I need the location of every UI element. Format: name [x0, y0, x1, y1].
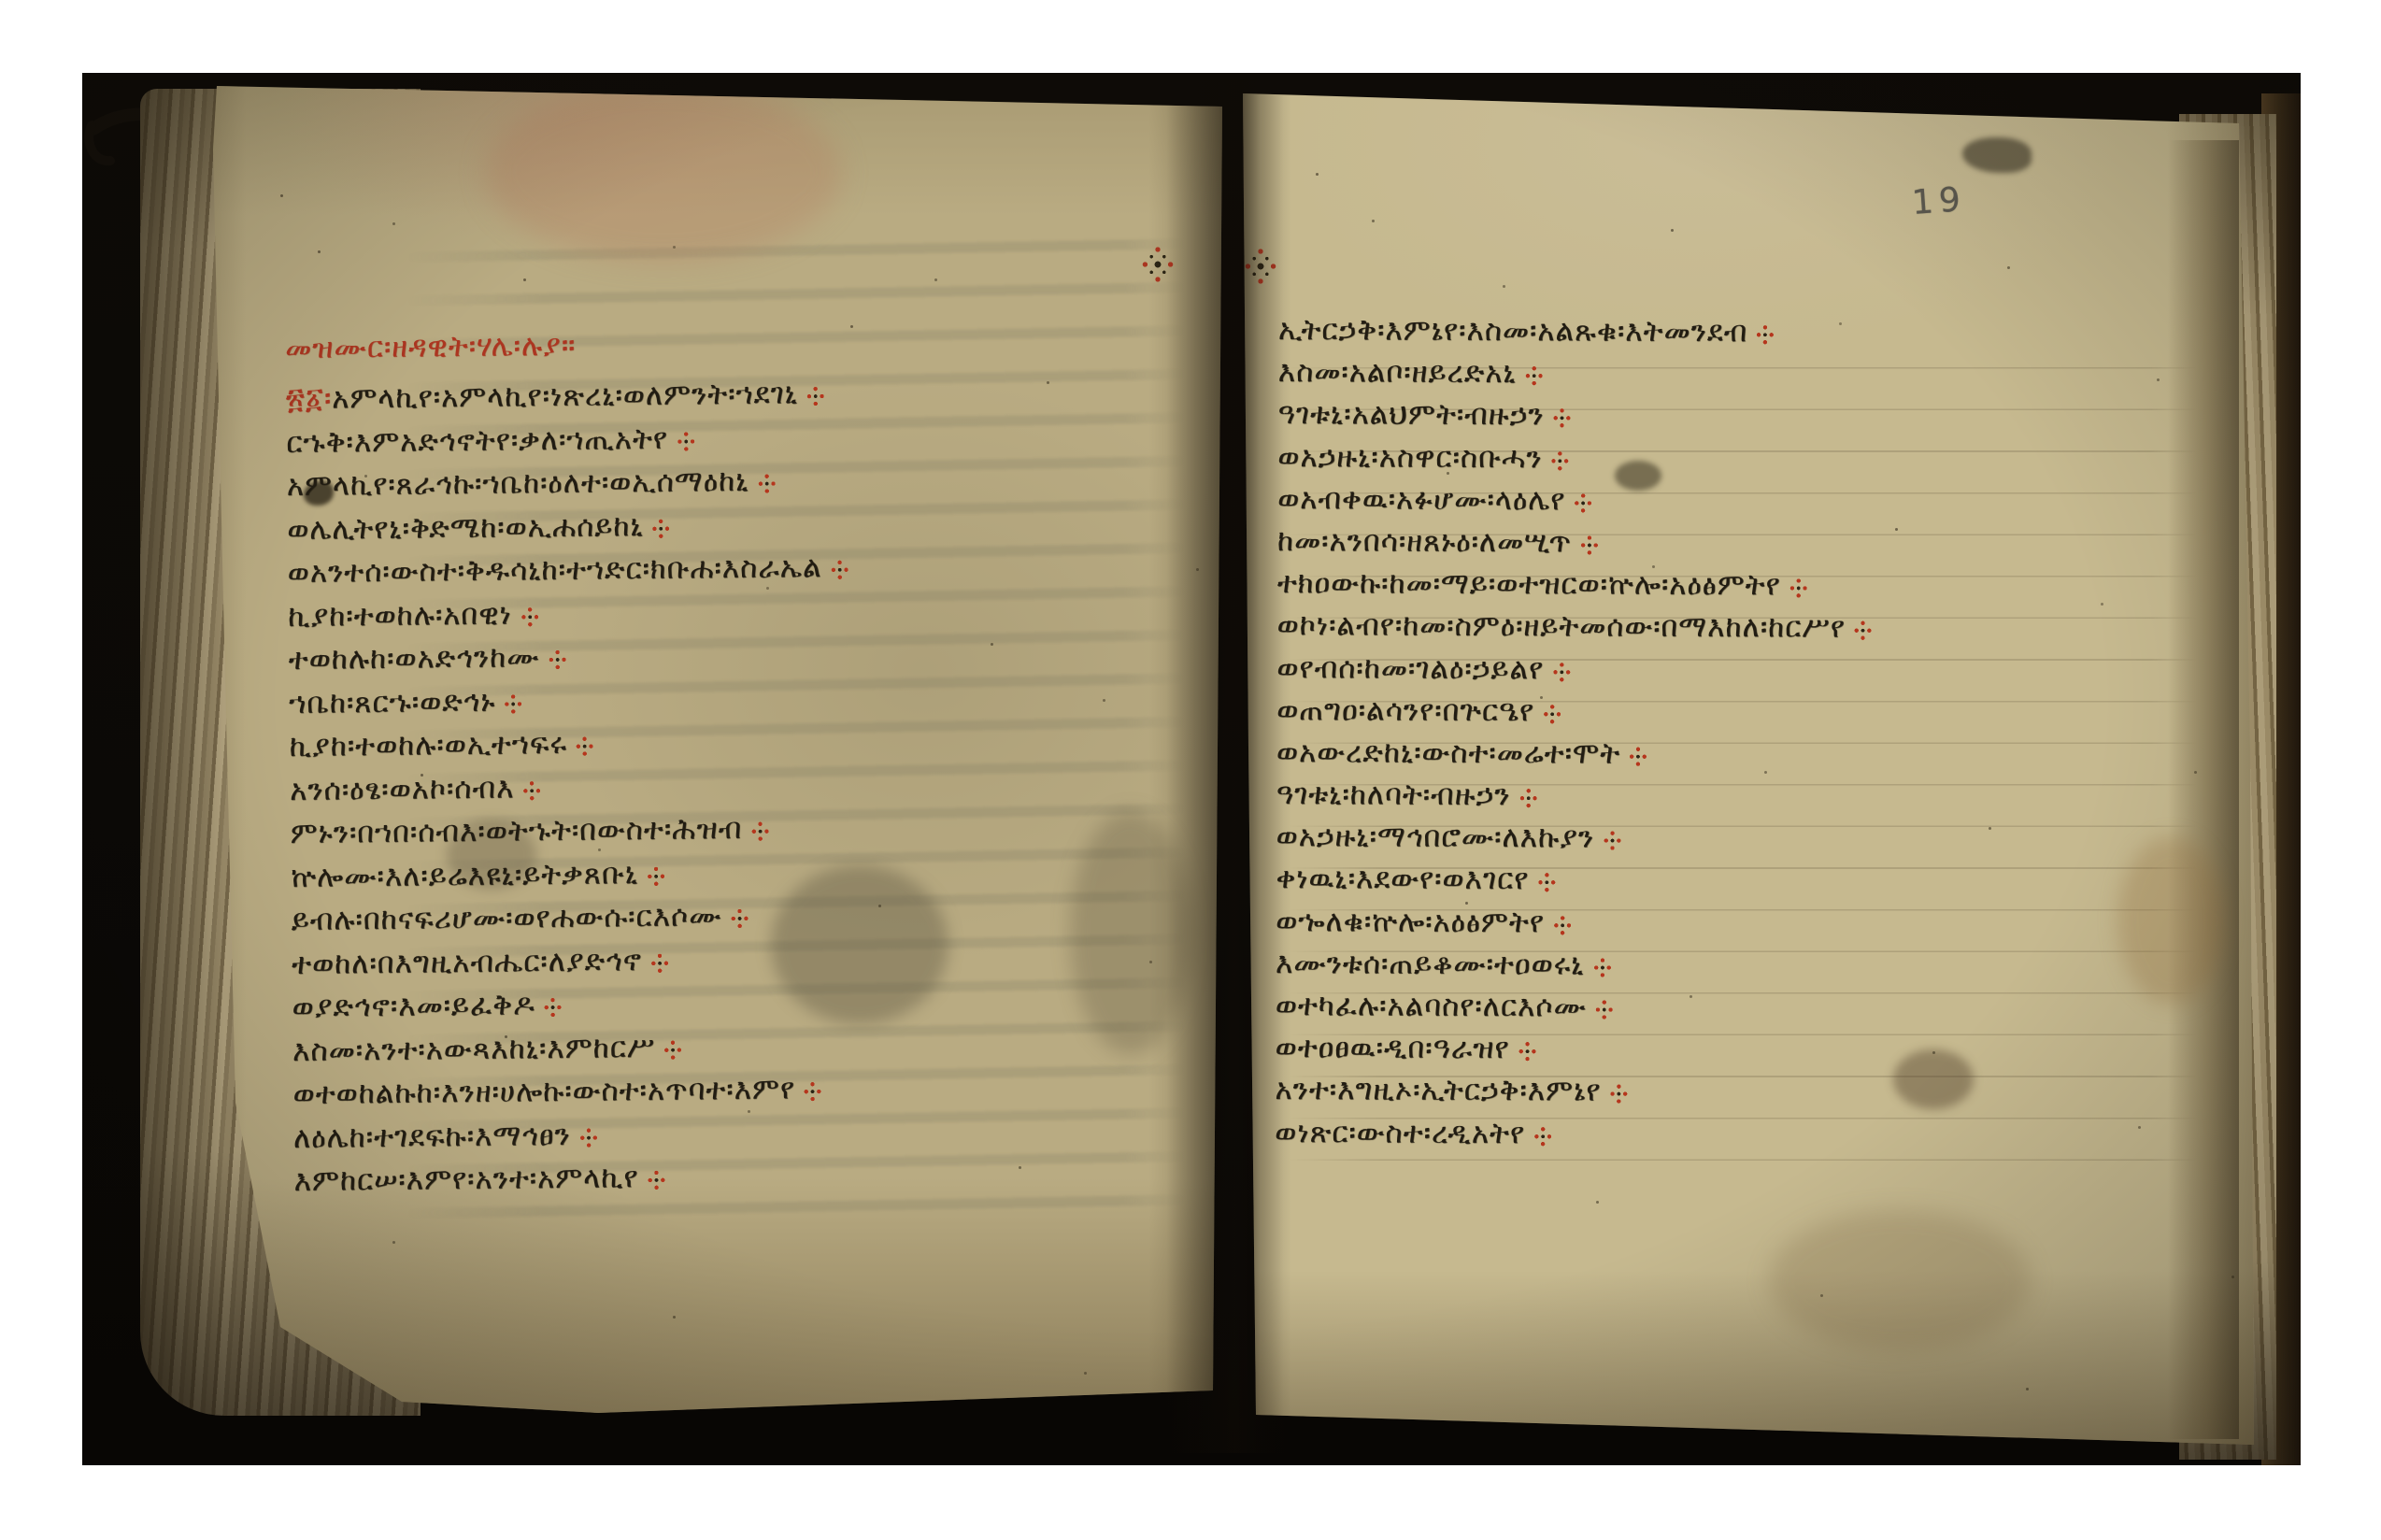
verse-text: ኢትርኃቅ፡እምኔየ፡እስመ፡አልጹቁ፡እትመንደብ — [1278, 313, 1748, 349]
right-page-line-12: ዓገቱኒ፡ከለባት፡ብዙኃን — [1276, 778, 2220, 825]
speckles — [1316, 173, 1319, 176]
right-page-text: ኢትርኃቅ፡እምኔየ፡እስመ፡አልጹቁ፡እትመንደብእስመ፡አልቦ፡ዘይረድአኒ… — [1275, 314, 2222, 1162]
verse-text: ወተካፈሉ፡አልባስየ፡ለርእሶሙ — [1276, 989, 1587, 1023]
verse-text: ወኮነ፡ልብየ፡ከመ፡ስምዕ፡ዘይትመሰው፡በማእከለ፡ከርሥየ — [1276, 608, 1845, 645]
verse-text: አምላኪየ፡ጸራኅኩ፡ኀቤከ፡ዕለተ፡ወኢሰማዕከኒ — [287, 464, 749, 503]
smudge — [1962, 137, 2032, 173]
verse-text: እምከርሠ፡እምየ፡አንተ፡አምላኪየ — [293, 1161, 638, 1198]
verse-text: ወአውረድከኒ፡ውስተ፡መሬተ፡ሞት — [1276, 735, 1620, 771]
right-page-line-7: ተክዐውኩ፡ከመ፡ማይ፡ወተዝርወ፡ኵሎ፡አዕፅምትየ — [1277, 567, 2221, 614]
verse-divider-mark-icon — [1629, 747, 1647, 767]
verse-text: ርኁቅ፡እምአድኅኖትየ፡ቃለ፡ኀጢአትየ — [286, 421, 668, 459]
verse-text: ወተዐፀዉ፡ዲበ፡ዓራዝየ — [1275, 1031, 1509, 1065]
right-page-line-4: ወአኃዙኒ፡አስዋር፡ስቡሓን — [1277, 441, 2221, 488]
verse-divider-mark-icon — [1552, 662, 1571, 682]
verse-divider-mark-icon — [1537, 873, 1556, 893]
verse-divider-mark-icon — [647, 1170, 665, 1191]
right-page-line-8: ወኮነ፡ልብየ፡ከመ፡ስምዕ፡ዘይትመሰው፡በማእከለ፡ከርሥየ — [1276, 609, 2220, 656]
verse-text: ወኈለቁ፡ኵሎ፡አዕፅምትየ — [1276, 905, 1545, 939]
speckles — [280, 194, 283, 197]
verse-divider-mark-icon — [806, 386, 825, 406]
right-page-line-6: ከመ፡አንበሳ፡ዘጸኑዕ፡ለመሢጥ — [1277, 525, 2221, 572]
verse-text: ወአብቀዉ፡አፉሆሙ፡ላዕሌየ — [1277, 482, 1565, 517]
right-page-line-20: ወነጽር፡ውስተ፡ረዲአትየ — [1275, 1117, 2218, 1163]
left-page-text: መዝሙር፡ዘዳዊት፡ሃሌ፡ሉያ። ፳፩፡አምላኪየ፡አምላኪየ፡ነጽረኒ፡ወለም… — [285, 323, 1229, 1209]
right-page-line-9: ወየብሰ፡ከመ፡ገልዕ፡ኃይልየ — [1276, 651, 2220, 698]
verse-text: ይብሉ፡በከናፍሪሆሙ፡ወየሐውሱ፡ርእሶሙ — [291, 899, 721, 937]
verse-text: አንሰ፡ዕፄ፡ወአኮ፡ሰብእ — [290, 771, 515, 807]
verse-divider-mark-icon — [1789, 578, 1808, 599]
verse-text: እስመ፡አልቦ፡ዘይረድአኒ — [1278, 355, 1517, 390]
verse-text: ኵሎሙ፡እለ፡ይሬእዩኒ፡ይትቃጸቡኒ — [291, 857, 638, 894]
verse-divider-mark-icon — [1533, 1126, 1552, 1147]
verse-divider-mark-icon — [1580, 535, 1599, 555]
verse-text: ለዕሌከ፡ተገደፍኩ፡እማኅፀን — [293, 1118, 571, 1154]
right-page-line-18: ወተዐፀዉ፡ዲበ፡ዓራዝየ — [1275, 1032, 2218, 1078]
verse-divider-mark-icon — [522, 780, 541, 801]
right-page-line-16: እሙንቱሰ፡ጠይቆሙ፡ተዐወሩኒ — [1276, 948, 2219, 994]
verse-divider-mark-icon — [1609, 1084, 1628, 1105]
right-page-line-14: ቀነዉኒ፡እደውየ፡ወእገርየ — [1276, 863, 2219, 909]
pencil-folio-number: 19 — [1911, 180, 1968, 222]
right-page-line-2: እስመ፡አልቦ፡ዘይረድአኒ — [1278, 356, 2222, 403]
verse-divider-mark-icon — [650, 952, 669, 973]
verse-text: ወአኃዙኒ፡አስዋር፡ስቡሓን — [1277, 440, 1542, 475]
right-page-line-17: ወተካፈሉ፡አልባስየ፡ለርእሶሙ — [1276, 990, 2219, 1036]
right-page-line-15: ወኈለቁ፡ኵሎ፡አዕፅምትየ — [1276, 905, 2219, 952]
verse-divider-mark-icon — [1553, 915, 1572, 935]
verse-text: ተወከለ፡በእግዚአብሔር፡ለያድኅኖ — [292, 944, 642, 981]
verse-text: ኪያከ፡ተወከሉ፡አበዊነ — [288, 597, 512, 634]
verse-divider-mark-icon — [544, 997, 563, 1018]
verse-divider-mark-icon — [1550, 450, 1569, 471]
verse-text: እሙንቱሰ፡ጠይቆሙ፡ተዐወሩኒ — [1276, 947, 1585, 981]
corner-cross-ornament-icon — [1245, 249, 1276, 284]
verse-divider-mark-icon — [579, 1127, 598, 1148]
verse-text: ቀነዉኒ፡እደውየ፡ወእገርየ — [1276, 862, 1529, 896]
verse-text: ወያድኅኖ፡እመ፡ይፈቅዶ — [292, 988, 535, 1024]
verse-divider-mark-icon — [1595, 999, 1614, 1020]
verse-divider-mark-icon — [730, 908, 749, 929]
verse-text: ኪያከ፡ተወከሉ፡ወኢተኀፍሩ — [289, 727, 567, 763]
verse-divider-mark-icon — [520, 606, 539, 627]
verse-text: ኀቤከ፡ጸርኁ፡ወድኅኑ — [289, 684, 496, 720]
verse-divider-mark-icon — [504, 693, 522, 714]
verse-divider-mark-icon — [1756, 324, 1775, 345]
verse-divider-mark-icon — [677, 431, 695, 451]
left-page: መዝሙር፡ዘዳዊት፡ሃሌ፡ሉያ። ፳፩፡አምላኪየ፡አምላኪየ፡ነጽረኒ፡ወለም… — [150, 82, 1224, 1419]
verse-text: ከመ፡አንበሳ፡ዘጸኑዕ፡ለመሢጥ — [1277, 524, 1572, 559]
verse-text: ተክዐውኩ፡ከመ፡ማይ፡ወተዝርወ፡ኵሎ፡አዕፅምትየ — [1277, 566, 1781, 602]
verse-text: ወተወከልኩከ፡እንዘ፡ሀሎኩ፡ውስተ፡አጥባተ፡እምየ — [292, 1072, 795, 1111]
right-page-line-11: ወአውረድከኒ፡ውስተ፡መሬተ፡ሞት — [1276, 736, 2220, 783]
right-page-line-13: ወአኃዙኒ፡ማኅበሮሙ፡ለእኩያን — [1276, 820, 2219, 867]
verse-divider-mark-icon — [1603, 831, 1621, 851]
verse-divider-mark-icon — [831, 560, 849, 580]
chapter-number-rubric: ፳፩፡ — [286, 381, 333, 416]
verse-divider-mark-icon — [1518, 788, 1537, 808]
verse-text: ወአኃዙኒ፡ማኅበሮሙ፡ለእኩያን — [1276, 820, 1594, 854]
verse-text: ወአንተሰ፡ውስተ፡ቅዱሳኒከ፡ተኀድር፡ክቡሐ፡እስራኤል — [288, 550, 822, 590]
verse-divider-mark-icon — [1518, 1041, 1536, 1062]
right-page-line-5: ወአብቀዉ፡አፉሆሙ፡ላዕሌየ — [1277, 483, 2221, 530]
verse-text: አምላኪየ፡አምላኪየ፡ነጽረኒ፡ወለምንት፡ኀደገኒ — [332, 377, 798, 415]
verse-divider-mark-icon — [804, 1081, 822, 1102]
verse-divider-mark-icon — [652, 518, 671, 538]
verse-divider-mark-icon — [576, 736, 594, 757]
verse-divider-mark-icon — [1574, 492, 1592, 513]
verse-text: እስመ፡አንተ፡አውጻእከኒ፡እምከርሥ — [292, 1030, 656, 1067]
verse-text: ወሌሊትየኒ፡ቅድሜከ፡ወኢሐሰይከኒ — [287, 508, 644, 546]
verse-divider-mark-icon — [750, 821, 769, 842]
verse-text: ወነጽር፡ውስተ፡ረዲአትየ — [1275, 1116, 1525, 1150]
verse-text: ዓገቱኒ፡አልህምት፡ብዙኃን — [1277, 397, 1544, 432]
verse-text: ወየብሰ፡ከመ፡ገልዕ፡ኃይልየ — [1276, 650, 1544, 685]
verse-divider-mark-icon — [663, 1039, 682, 1060]
verse-divider-mark-icon — [1592, 957, 1611, 977]
verse-divider-mark-icon — [548, 649, 566, 670]
stain — [1769, 1210, 2031, 1350]
verse-text: ምኑን፡በኀበ፡ሰብእ፡ወትኁት፡በውስተ፡ሕዝብ — [290, 812, 742, 850]
verse-text: ተወከሉከ፡ወአድኅንከሙ — [288, 640, 539, 677]
verse-divider-mark-icon — [1543, 704, 1561, 724]
right-page-line-10: ወጠግዐ፡ልሳንየ፡በጕርዔየ — [1276, 694, 2220, 741]
right-page-line-3: ዓገቱኒ፡አልህምት፡ብዙኃን — [1277, 398, 2221, 445]
verse-text: ዓገቱኒ፡ከለባት፡ብዙኃን — [1276, 777, 1511, 812]
verse-text: አንተ፡እግዚኦ፡ኢትርኃቅ፡እምኔየ — [1275, 1073, 1601, 1108]
manuscript-photo: መዝሙር፡ዘዳዊት፡ሃሌ፡ሉያ። ፳፩፡አምላኪየ፡አምላኪየ፡ነጽረኒ፡ወለም… — [0, 0, 2381, 1540]
right-page: 19 ኢትርኃቅ፡እምኔየ፡እስመ፡አልጹቁ፡እትመንደብእስመ፡አልቦ፡ዘይረ… — [1232, 89, 2271, 1462]
verse-divider-mark-icon — [1525, 365, 1544, 386]
right-page-line-1: ኢትርኃቅ፡እምኔየ፡እስመ፡አልጹቁ፡እትመንደብ — [1278, 314, 2222, 361]
corner-cross-ornament-icon — [1142, 247, 1174, 282]
title-text: መዝሙር፡ዘዳዊት፡ሃሌ፡ሉያ። — [285, 329, 576, 365]
verse-divider-mark-icon — [647, 865, 665, 886]
verse-divider-mark-icon — [757, 474, 776, 494]
verse-divider-mark-icon — [1854, 620, 1873, 641]
right-page-line-19: አንተ፡እግዚኦ፡ኢትርኃቅ፡እምኔየ — [1275, 1074, 2218, 1120]
verse-text: ወጠግዐ፡ልሳንየ፡በጕርዔየ — [1276, 693, 1534, 728]
verse-divider-mark-icon — [1552, 408, 1571, 429]
